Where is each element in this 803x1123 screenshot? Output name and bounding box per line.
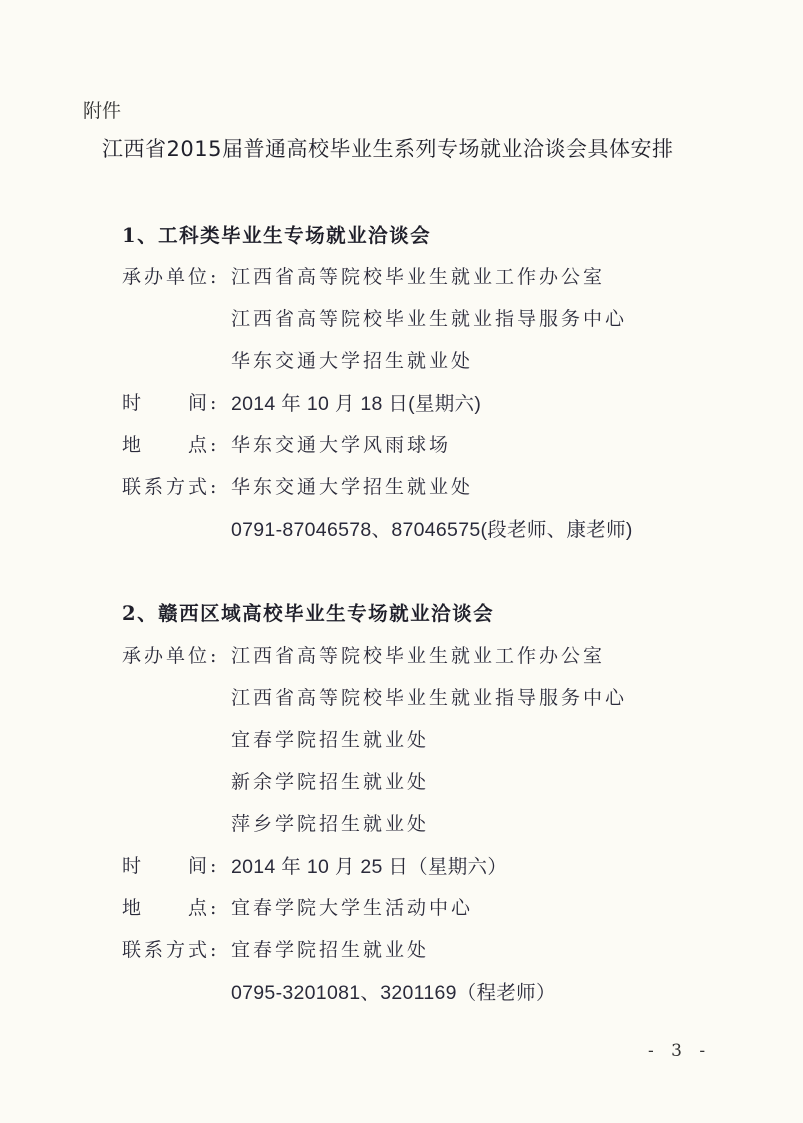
contact-phone: 0791-87046578、87046575(段老师、康老师) — [231, 514, 633, 542]
organizer-2: 江西省高等院校毕业生就业指导服务中心 — [231, 683, 627, 710]
organizer-1: 江西省高等院校毕业生就业工作办公室 — [231, 641, 605, 668]
contact-org: 华东交通大学招生就业处 — [231, 472, 473, 499]
contact-label: 联系方式: — [122, 935, 232, 962]
organizer-label: 承办单位: — [122, 641, 232, 668]
contact-label: 联系方式: — [122, 472, 232, 499]
organizer-4: 新余学院招生就业处 — [231, 767, 429, 794]
place-label: 地 点: — [122, 893, 232, 920]
contact-phone: 0795-3201081、3201169（程老师） — [231, 977, 556, 1005]
event-place: 华东交通大学风雨球场 — [231, 430, 451, 457]
time-label: 时 间: — [122, 851, 232, 878]
page-number: - 3 - — [648, 1041, 711, 1061]
organizer-3: 宜春学院招生就业处 — [231, 725, 429, 752]
event-place: 宜春学院大学生活动中心 — [231, 893, 473, 920]
organizer-label: 承办单位: — [122, 262, 232, 289]
organizer-5: 萍乡学院招生就业处 — [231, 809, 429, 836]
document-page: 附件 江西省2015届普通高校毕业生系列专场就业洽谈会具体安排 1、工科类毕业生… — [0, 0, 803, 1123]
organizer-3: 华东交通大学招生就业处 — [231, 346, 473, 373]
attachment-label: 附件 — [83, 96, 121, 123]
event-time: 2014 年 10 月 18 日(星期六) — [231, 388, 481, 416]
contact-org: 宜春学院招生就业处 — [231, 935, 429, 962]
organizer-2: 江西省高等院校毕业生就业指导服务中心 — [231, 304, 627, 331]
organizer-1: 江西省高等院校毕业生就业工作办公室 — [231, 262, 605, 289]
time-label: 时 间: — [122, 388, 232, 415]
document-title: 江西省2015届普通高校毕业生系列专场就业洽谈会具体安排 — [102, 133, 673, 163]
section-1-heading: 1、工科类毕业生专场就业洽谈会 — [122, 220, 431, 248]
section-2-heading: 2、赣西区域高校毕业生专场就业洽谈会 — [122, 598, 494, 626]
place-label: 地 点: — [122, 430, 232, 457]
event-time: 2014 年 10 月 25 日（星期六） — [231, 851, 507, 879]
